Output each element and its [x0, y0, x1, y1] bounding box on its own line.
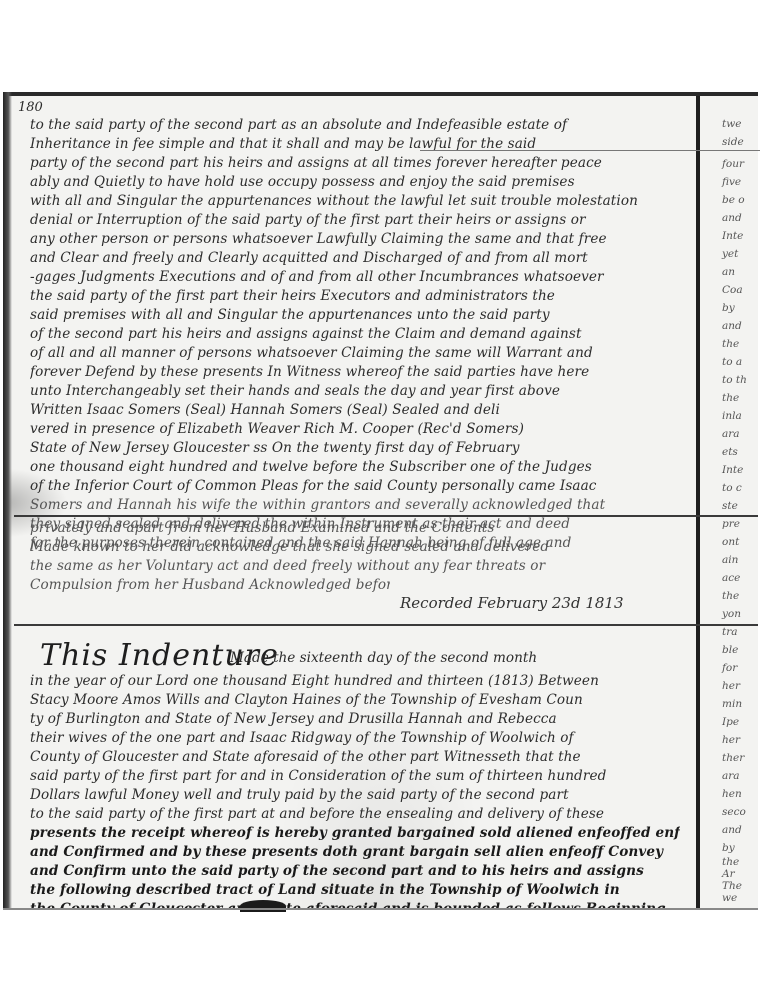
margin-word: her [722, 734, 740, 746]
margin-word: Coa [722, 284, 743, 296]
acknowledgment-line: Somers and Hannah his wife the within gr… [30, 496, 680, 514]
text-line: any other person or persons whatsoever L… [30, 230, 680, 248]
margin-word: ara [722, 770, 740, 782]
text-line: of the second part his heirs and assigns… [30, 325, 680, 343]
margin-word: twe [722, 118, 741, 130]
margin-word: pre [722, 518, 740, 530]
text-line: in the year of our Lord one thousand Eig… [30, 672, 680, 690]
margin-word: ace [722, 572, 740, 584]
text-line: ty of Burlington and State of New Jersey… [30, 710, 680, 728]
margin-word: hen [722, 788, 742, 800]
margin-word: ara [722, 428, 740, 440]
text-line: unto Interchangeably set their hands and… [30, 382, 680, 400]
margin-word: ain [722, 554, 738, 566]
acknowledgment-line: privately and apart from her Husband Exa… [30, 519, 680, 537]
margin-word: the [722, 338, 739, 350]
margin-word: Ar [722, 868, 735, 880]
page-number: 180 [18, 100, 43, 115]
text-line: forever Defend by these presents In Witn… [30, 363, 680, 381]
margin-word: Inte [722, 230, 743, 242]
text-line: to the said party of the first part at a… [30, 805, 680, 823]
margin-word: four [722, 158, 744, 170]
witness-line: vered in presence of Elizabeth Weaver Ri… [30, 420, 680, 438]
margin-word: her [722, 680, 740, 692]
margin-word: to c [722, 482, 742, 494]
text-line: with all and Singular the appurtenances … [30, 192, 680, 210]
margin-word: five [722, 176, 741, 188]
acknowledgment-line: State of New Jersey Gloucester ss On the… [30, 439, 680, 457]
text-line: of all and all manner of persons whatsoe… [30, 344, 680, 362]
ink-smudge [240, 900, 286, 912]
text-line: Made the sixteenth day of the second mon… [230, 650, 680, 666]
text-line: presents the receipt whereof is hereby g… [30, 824, 680, 842]
margin-word: ont [722, 536, 739, 548]
margin-word: for [722, 662, 737, 674]
text-line: Dollars lawful Money well and truly paid… [30, 786, 680, 804]
section-rule [14, 515, 758, 517]
margin-word: inla [722, 410, 742, 422]
recorded-note: Recorded February 23d 1813 [400, 594, 624, 612]
margin-word: an [722, 266, 735, 278]
margin-word: tra [722, 626, 738, 638]
margin-word: yon [722, 608, 741, 620]
deed-separator-rule [14, 624, 758, 626]
margin-word: we [722, 892, 737, 904]
margin-word: The [722, 880, 742, 892]
text-line: to the said party of the second part as … [30, 116, 680, 134]
margin-word: the [722, 590, 739, 602]
margin-word: and [722, 212, 742, 224]
margin-word: the [722, 392, 739, 404]
margin-word: be o [722, 194, 745, 206]
margin-word: ble [722, 644, 738, 656]
margin-word: to a [722, 356, 742, 368]
margin-word: ets [722, 446, 738, 458]
margin-word: seco [722, 806, 746, 818]
margin-word: and [722, 824, 742, 836]
document-page: 180 to the said party of the second part… [0, 0, 768, 985]
text-line: ably and Quietly to have hold use occupy… [30, 173, 680, 191]
text-line: Stacy Moore Amos Wills and Clayton Haine… [30, 691, 680, 709]
text-line: and Clear and freely and Clearly acquitt… [30, 249, 680, 267]
margin-word: side [722, 136, 744, 148]
text-line: said party of the first part for and in … [30, 767, 680, 785]
text-line: and Confirm unto the said party of the s… [30, 862, 680, 880]
text-line: said premises with all and Singular the … [30, 306, 680, 324]
margin-word: min [722, 698, 742, 710]
margin-word: ste [722, 500, 738, 512]
margin-word: yet [722, 248, 738, 260]
text-line: -gages Judgments Executions and of and f… [30, 268, 680, 286]
text-line: and Confirmed and by these presents doth… [30, 843, 680, 861]
text-line: party of the second part his heirs and a… [30, 154, 680, 172]
text-line: County of Gloucester and State aforesaid… [30, 748, 680, 766]
margin-word: Ipe [722, 716, 739, 728]
text-line: denial or Interruption of the said party… [30, 211, 680, 229]
margin-rule [420, 150, 760, 151]
acknowledgment-line: Compulsion from her Husband Acknowledged… [30, 576, 390, 594]
margin-word: Inte [722, 464, 743, 476]
text-line: the following described tract of Land si… [30, 881, 680, 899]
binding-shadow [3, 92, 12, 910]
margin-word: to th [722, 374, 747, 386]
margin-word: by [722, 842, 735, 854]
margin-word: the [722, 856, 739, 868]
acknowledgment-line: Made known to her did acknowledge that s… [30, 538, 680, 556]
scan-bottom-edge [3, 908, 758, 910]
acknowledgment-line: the same as her Voluntary act and deed f… [30, 557, 680, 575]
text-line: the said party of the first part their h… [30, 287, 680, 305]
signature-line: Written Isaac Somers (Seal) Hannah Somer… [30, 401, 680, 419]
margin-word: and [722, 320, 742, 332]
margin-word: ther [722, 752, 744, 764]
margin-word: by [722, 302, 735, 314]
text-line: their wives of the one part and Isaac Ri… [30, 729, 680, 747]
acknowledgment-line: of the Inferior Court of Common Pleas fo… [30, 477, 680, 495]
acknowledgment-line: one thousand eight hundred and twelve be… [30, 458, 680, 476]
